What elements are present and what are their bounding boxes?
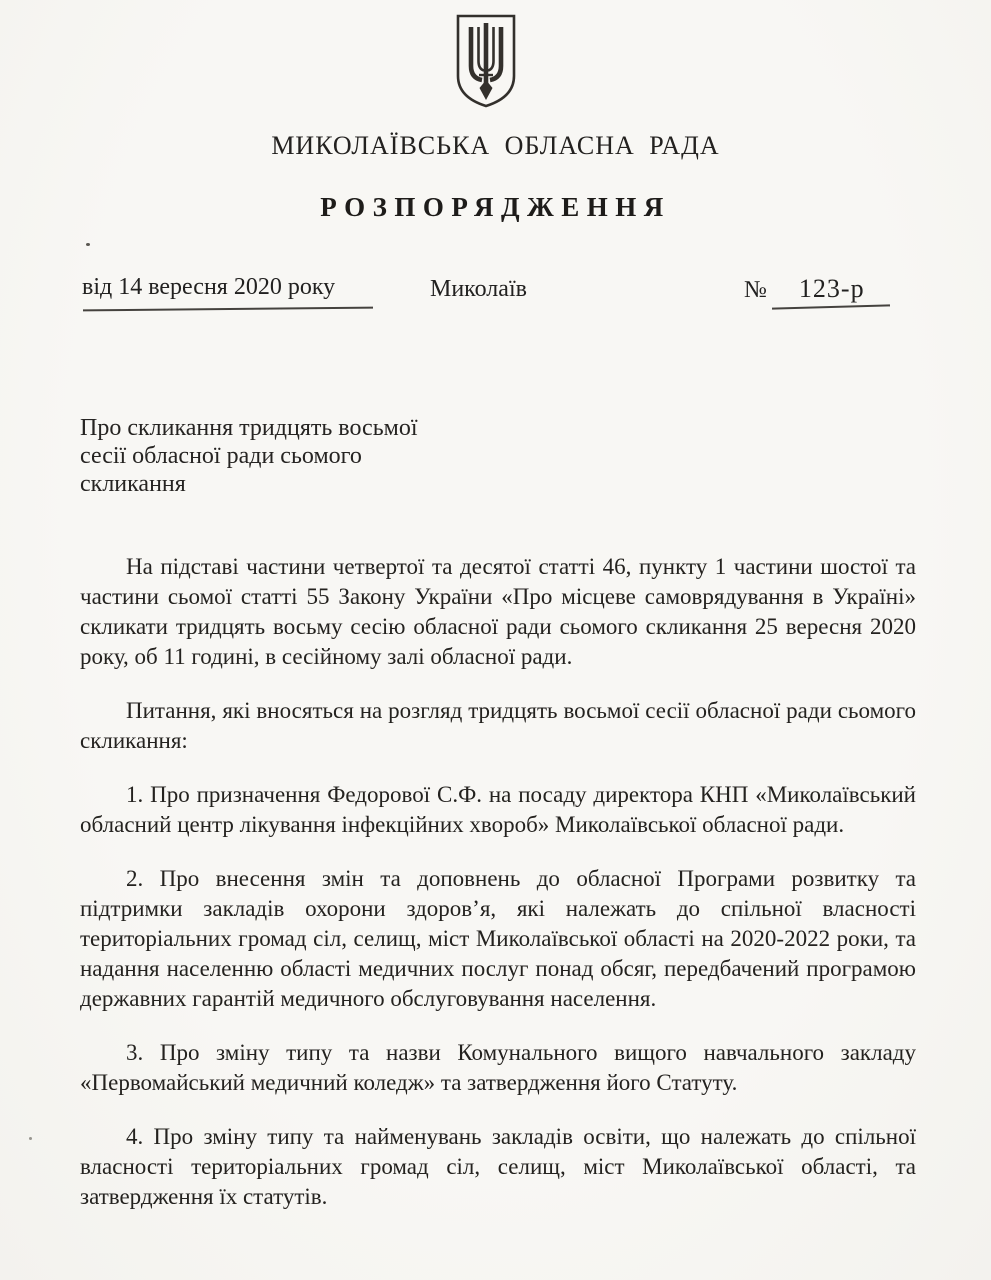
paragraph-legal-basis: На підставі частини четвертої та десятої… [80, 552, 916, 672]
agenda-item-1: 1. Про призначення Федорової С.Ф. на пос… [80, 780, 916, 840]
document-subject: Про скликання тридцять восьмої сесії обл… [80, 414, 458, 498]
scanned-document-page: МИКОЛАЇВСЬКА ОБЛАСНА РАДА РОЗПОРЯДЖЕННЯ … [0, 0, 991, 1280]
number-underline [772, 304, 890, 309]
scan-speck [29, 1137, 32, 1140]
document-number: №123-р [744, 274, 865, 304]
document-city: Миколаїв [430, 276, 527, 303]
ukraine-trident-emblem-icon [453, 12, 519, 110]
date-underline [83, 307, 373, 312]
number-value: 123-р [799, 274, 865, 303]
agenda-item-4: 4. Про зміну типу та найменувань закладі… [80, 1122, 916, 1212]
paragraph-agenda-intro: Питання, які вносяться на розгляд тридця… [80, 696, 916, 756]
document-type-title: РОЗПОРЯДЖЕННЯ [0, 192, 991, 223]
document-date: від 14 вересня 2020 року [82, 274, 335, 301]
agenda-item-3: 3. Про зміну типу та назви Комунального … [80, 1038, 916, 1098]
agenda-item-2: 2. Про внесення змін та доповнень до обл… [80, 864, 916, 1014]
council-name-title: МИКОЛАЇВСЬКА ОБЛАСНА РАДА [0, 131, 991, 161]
number-sign: № [744, 277, 767, 303]
scan-speck [86, 243, 90, 246]
document-body: На підставі частини четвертої та десятої… [80, 552, 916, 1212]
